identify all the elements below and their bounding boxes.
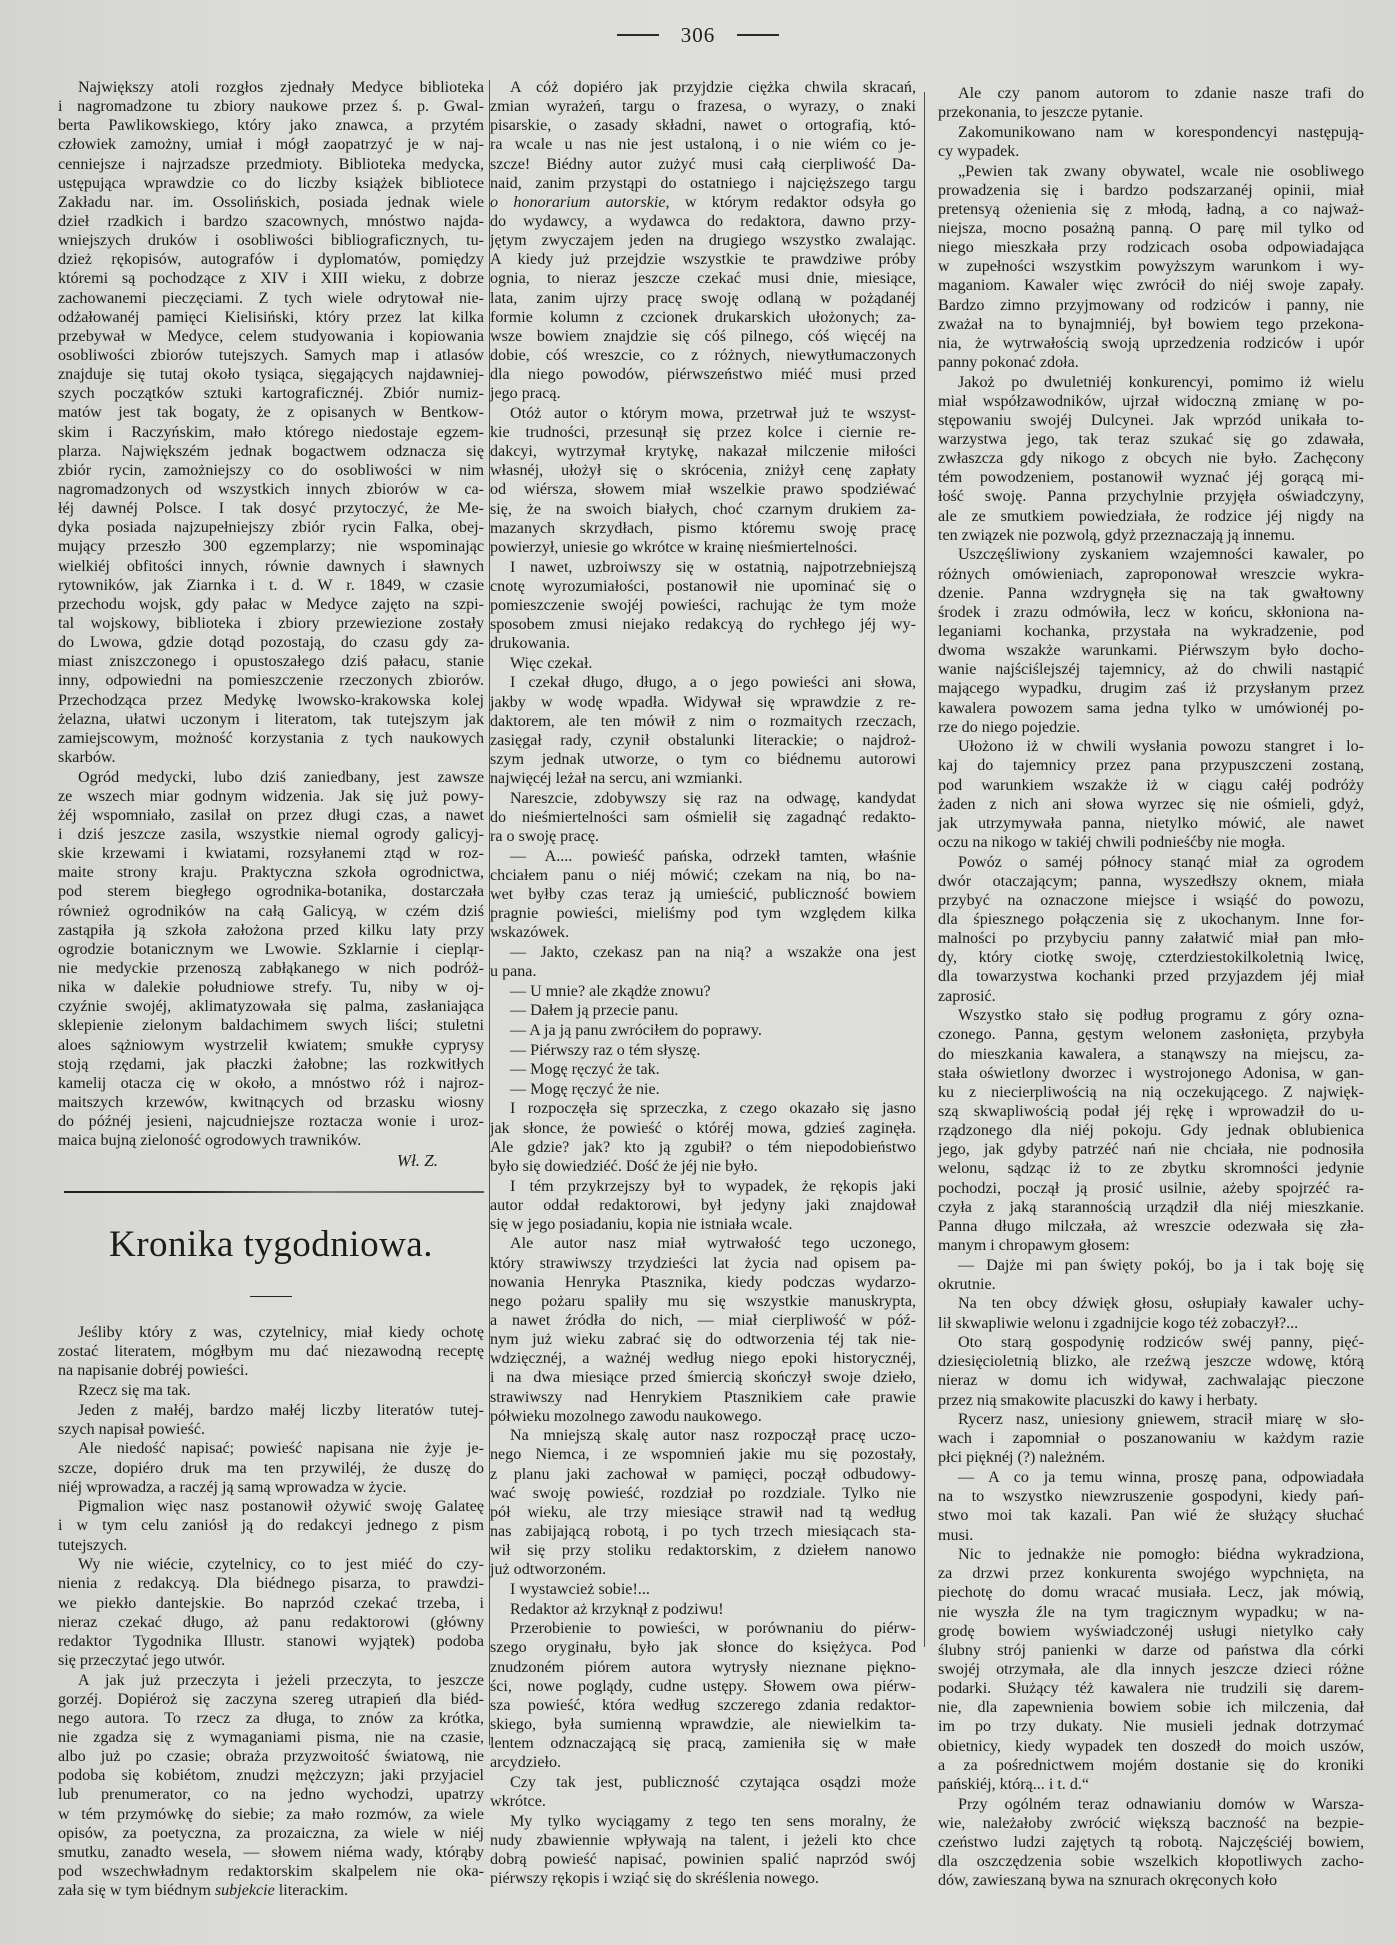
title-rule <box>250 1296 292 1298</box>
text-line: szych początków sztuki kartograficznéj. … <box>58 384 484 403</box>
text-line: zała się w tym biédnym subjekcie literac… <box>58 1881 484 1900</box>
text-line: ze wszech miar godnym widzenia. Jak się … <box>58 787 484 806</box>
text-line: swojéj otrzymała, ale dla innych jeszcze… <box>938 1660 1364 1679</box>
text-line: Powóz o saméj północy stanąć miał za ogr… <box>938 853 1364 872</box>
text-line: ale ze smutkiem powiedziała, że rodzice … <box>938 507 1364 526</box>
text-line: i w tym celu zaniósł ją do redakcyi jedn… <box>58 1516 484 1535</box>
text-line: miał współzawodników, ujrzał widoczną zm… <box>938 392 1364 411</box>
text-line: stoją rzędami, jak płaczki żałobne; las … <box>58 1055 484 1074</box>
text-line: odżałowanéj pamięci Kielisiński, który p… <box>58 308 484 327</box>
text-line: I wystawcież sobie!... <box>490 1580 916 1599</box>
text-line: czyła z jaką starannością urządził dla n… <box>938 1198 1364 1217</box>
text-line: I rozpoczęła się sprzeczka, z czego okaz… <box>490 1099 916 1118</box>
text-line: miast zniszczonego i opustoszałego dziś … <box>58 652 484 671</box>
text-line: i nagromadzone tu zbiory naukowe przez ś… <box>58 97 484 116</box>
header-rule-right <box>737 34 779 36</box>
text-line: Ale niedość napisać; powieść napisana ni… <box>58 1439 484 1458</box>
text-line: wet byłby czas teraz ją umieścić, public… <box>490 885 916 904</box>
text-line: stwo moi tak kazali. Pan wié że służący … <box>938 1506 1364 1525</box>
text-line: dzież rękopisów, autografów i dyplomatów… <box>58 250 484 269</box>
text-line: na to wszystko niewzruszenie gospodyni, … <box>938 1487 1364 1506</box>
text-line: formie kolumn z czcionek drukarskich uło… <box>490 308 916 327</box>
text-line: dakcyi, wytrzymał krytykę, nakazał milcz… <box>490 442 916 461</box>
text-line: — A ja ją panu zwróciłem do poprawy. <box>490 1021 916 1040</box>
text-line: wkrótce. <box>490 1792 916 1811</box>
text-line: nie medyckie przenoszą zabłąkanego w nic… <box>58 959 484 978</box>
text-line: Nareszcie, zdobywszy się raz na odwagę, … <box>490 789 916 808</box>
text-line: we piekło dantejskie. Bo naprzód czekać … <box>58 1594 484 1613</box>
paragraph: I nawet, uzbroiwszy się w ostatnią, najp… <box>490 558 916 654</box>
text-line: ra wcale u nas nie jest ustaloną, i o ni… <box>490 135 916 154</box>
text-line: kaj do tajemnicy przez pana przypuszczen… <box>938 756 1364 775</box>
text-line: I czekał długo, długo, a o jego powieści… <box>490 673 916 692</box>
text-line: nieraz czekać długo, aż panu redaktorowi… <box>58 1613 484 1632</box>
paragraph: Zakomunikowano nam w korespondencyi nast… <box>938 123 1364 161</box>
text-line: dobrą powieść napisać, powinien spalić n… <box>490 1850 916 1869</box>
text-line: Przy ogólném teraz odnawianiu domów w Wa… <box>938 1795 1364 1814</box>
text-line: opisów, za poetyczna, za prozaiczna, za … <box>58 1824 484 1843</box>
text-line: maica bujną zieloność ogrodowych trawnik… <box>58 1131 484 1150</box>
text-line: zmian wyrażeń, targu o frazesa, o wyrazy… <box>490 97 916 116</box>
text-line: dów, zawieszaną bywa na sznurach okręcon… <box>938 1871 1364 1890</box>
text-line: pomieszczenie swojéj powieści, rachując … <box>490 596 916 615</box>
text-line: jakby w wodę wpadła. Widywał się wprawdz… <box>490 693 916 712</box>
text-line: dwoma wszakże warunkami. Piérwszym było … <box>938 641 1364 660</box>
text-line: sposobem zmusi niejako redakcyą do rychł… <box>490 615 916 634</box>
text-line: im po trzy dukaty. Nie musieli jednak do… <box>938 1717 1364 1736</box>
paragraph: Ogród medycki, lubo dziś zaniedbany, jes… <box>58 768 484 1151</box>
paragraph: Ale niedość napisać; powieść napisana ni… <box>58 1439 484 1496</box>
text-line: drukowania. <box>490 634 916 653</box>
text-line: — Dałem ją przecie panu. <box>490 1001 916 1020</box>
text-line: od wiérsza, słowem miał wszelkie prawo s… <box>490 480 916 499</box>
text-line: dla niego powodów, piérwszeństwo miéć mu… <box>490 365 916 384</box>
text-line: Nic to jednakże nie pomogło: biédna wykr… <box>938 1545 1364 1564</box>
text-line: Otóż autor o którym mowa, przetrwał już … <box>490 404 916 423</box>
text-line: przekonania, to jeszcze pytanie. <box>938 103 1364 122</box>
text-line: nia, że wytrwałością swoją uprzedzenia r… <box>938 334 1364 353</box>
paragraph: I rozpoczęła się sprzeczka, z czego okaz… <box>490 1099 916 1176</box>
paragraph: Ale autor nasz miał wytrwałość tego uczo… <box>490 1234 916 1425</box>
text-line: któremi są pochodzące z XIV i XIII wieku… <box>58 269 484 288</box>
text-line: ślubny strój panienki w darze od państwa… <box>938 1641 1364 1660</box>
text-line: dzieł rzadkich i bardzo szacownych, mnós… <box>58 212 484 231</box>
text-line: człowiek zamożny, umiał i mógł zaopatrzy… <box>58 135 484 154</box>
text-line: się w jego posiadaniu, kopia nie istniał… <box>490 1215 916 1234</box>
text-line: My tylko wyciągamy z tego ten sens moral… <box>490 1812 916 1831</box>
text-line: pod warunkiem wszakże iż w ciągu całéj p… <box>938 776 1364 795</box>
text-line: albo już po czasie; obraża przyzwoitość … <box>58 1747 484 1766</box>
text-line: płci pięknéj (?) należném. <box>938 1448 1364 1467</box>
text-line: do wydawcy, a wydawca do redaktora, dawn… <box>490 212 916 231</box>
text-line: Przerobienie to powieści, w porównaniu d… <box>490 1619 916 1638</box>
text-line: Jakoż po dwuletniéj konkurencyi, pomimo … <box>938 373 1364 392</box>
text-line: Czy tak jest, publiczność czytająca osąd… <box>490 1773 916 1792</box>
text-line: arcydzieło. <box>490 1753 916 1772</box>
paragraph: Ułożono iż w chwili wysłania powozu stan… <box>938 737 1364 852</box>
paragraph: Powóz o saméj północy stanąć miał za ogr… <box>938 853 1364 1006</box>
text-line: nie wyszła źle na tym tragicznym wypadku… <box>938 1603 1364 1622</box>
text-line: nie, dla zapewnienia bowiem sobie ich mi… <box>938 1698 1364 1717</box>
text-line: pod sterem biegłego ogrodnika-botanika, … <box>58 882 484 901</box>
text-line: ku z niecierpliwością na nią oczekująceg… <box>938 1083 1364 1102</box>
text-line: dyka posiada najzupełniejszy zbiór rycin… <box>58 518 484 537</box>
text-line: niejsza, mocno posażną panną. O parę mil… <box>938 219 1364 238</box>
text-line: cy wypadek. <box>938 142 1364 161</box>
text-line: szych napisał powieść. <box>58 1420 484 1439</box>
text-line: welonu, sądząc iż to ze zbytku skromnośc… <box>938 1159 1364 1178</box>
text-line: tutejszych. <box>58 1536 484 1555</box>
text-line: oczu na nikogo w takiéj chwili podnieśćb… <box>938 833 1364 852</box>
text-line: I tém przykrzejszy był to wypadek, że rę… <box>490 1177 916 1196</box>
text-line: a za pośrednictwem mojém dostanie się do… <box>938 1756 1364 1775</box>
text-line: do Lwowa, gdzie dotąd pozostają, do czas… <box>58 633 484 652</box>
text-line: dzenie. Panna wzdrygnęła się na tak gwał… <box>938 584 1364 603</box>
text-line: Jeśliby który z was, czytelnicy, miał ki… <box>58 1323 484 1342</box>
text-line: ognia, to nieraz jeszcze czekać musi dni… <box>490 269 916 288</box>
text-line: stała oświetlony dworzec i wystrojonego … <box>938 1064 1364 1083</box>
text-line: A kiedy już przejdzie wszystkie te prawd… <box>490 250 916 269</box>
text-line: dy, który ciotkę swoję, czterdziestokilk… <box>938 948 1364 967</box>
text-line: mazanych skrzydłach, pismo któremu swoję… <box>490 519 916 538</box>
text-line: dla oszczędzenia sobie wszelkich kłopotl… <box>938 1852 1364 1871</box>
text-line: — Mogę ręczyć że nie. <box>490 1080 916 1099</box>
text-line: zachowanemi pieczęciami. Z tych wiele od… <box>58 289 484 308</box>
text-line: maitszych krzewów, kwitnących od brzasku… <box>58 1093 484 1112</box>
paragraph: Oto starą gospodynię rodziców swéj panny… <box>938 1333 1364 1410</box>
text-line: wach i zapomniał o poszanowaniu w każdym… <box>938 1429 1364 1448</box>
text-line: pisarskie, o zasady składni, nawet o ort… <box>490 116 916 135</box>
text-line: nego autora. To rzecz za długa, to znów … <box>58 1709 484 1728</box>
paragraph: Rzecz się ma tak. <box>58 1381 484 1400</box>
text-line: — Mogę ręczyć że tak. <box>490 1060 916 1079</box>
text-line: stępowaniu swojéj Dulcynei. Jak wprzód u… <box>938 411 1364 430</box>
text-line: wać swoję powieść, rozdział po rozdziale… <box>490 1484 916 1503</box>
italic-phrase: subjekcie <box>215 1882 275 1899</box>
text-line: tal wojskowy, biblioteka i zbiory przewi… <box>58 614 484 633</box>
text-line: tém powodzeniem, postanowił wyznać jéj g… <box>938 468 1364 487</box>
text-line: Ogród medycki, lubo dziś zaniedbany, jes… <box>58 768 484 787</box>
text-line: zaprosić. <box>938 987 1364 1006</box>
text-line: z planu jaki zachował w pamięci, począł … <box>490 1465 916 1484</box>
paragraph: I wystawcież sobie!... <box>490 1580 916 1599</box>
text-line: skiego, była sumienną wprawdzie, ale nie… <box>490 1715 916 1734</box>
text-line: podarki. Służący téż kawalera nie trudzi… <box>938 1679 1364 1698</box>
text-line: ści, nowe poglądy, cudne ustępy. Słowem … <box>490 1677 916 1696</box>
text-line: łéj dawnéj Polsce. I tak dosyć przytoczy… <box>58 499 484 518</box>
text-line: ten związek nie pozwolą, gdyż przeznacza… <box>938 526 1364 545</box>
text-line: ra o swoję pracę. <box>490 827 916 846</box>
header-rule-left <box>617 34 659 36</box>
text-line: również ogrodników na całą Galicyą, w cz… <box>58 902 484 921</box>
paragraph: Nareszcie, zdobywszy się raz na odwagę, … <box>490 789 916 846</box>
paragraph: Rycerz nasz, uniesiony gniewem, stracił … <box>938 1410 1364 1467</box>
text-line: I nawet, uzbroiwszy się w ostatnią, najp… <box>490 558 916 577</box>
text-line: rządzonego dla niéj pokoju. Gdy jednak o… <box>938 1121 1364 1140</box>
text-line: Ale gdzie? jak? kto ją zgubił? o tém nie… <box>490 1138 916 1157</box>
text-line: nowania Henryka Ptasznika, kiedy podczas… <box>490 1273 916 1292</box>
section-divider <box>64 1191 484 1193</box>
text-line: do nieśmiertelności sam ośmielił się zag… <box>490 808 916 827</box>
text-line: a nawet źródła do nich, — miał cierpliwo… <box>490 1311 916 1330</box>
text-line: nas zabijającą robotą, i po tych trzech … <box>490 1522 916 1541</box>
text-line: berta Pawlikowskiego, który jako znawca,… <box>58 116 484 135</box>
text-line: nego Niemca, i ze wspomnień jakie mu się… <box>490 1445 916 1464</box>
text-line: lił skwapliwie welonu i zgadnijcie kogo … <box>938 1314 1364 1333</box>
paragraph: Więc czekał. <box>490 654 916 673</box>
text-line: skim i Raczyńskim, mało którego niedosta… <box>58 423 484 442</box>
text-line: Więc czekał. <box>490 654 916 673</box>
text-line: Ale czy panom autorom to zdanie nasze tr… <box>938 84 1364 103</box>
text-line: niego mieszkała przy rodzicach osoba odp… <box>938 238 1364 257</box>
text-line: prowadzenia się i bardzo podszarzanéj op… <box>938 181 1364 200</box>
paragraph: Wszystko stało się podług programu z gór… <box>938 1006 1364 1255</box>
text-line: panny pokonać zdoła. <box>938 353 1364 372</box>
text-line: zbiór rycin, zamożniejszy co do osobliwo… <box>58 461 484 480</box>
text-line: cnotę wyrozumiałości, postanowił nie upo… <box>490 577 916 596</box>
text-line: leganiami kochanka, przystała na wykradz… <box>938 622 1364 641</box>
text-line: sklepienie zielonym baldachimem swych li… <box>58 1016 484 1035</box>
text-line: łość swoję. Panna przychylnie przyjęła o… <box>938 487 1364 506</box>
paragraph: Uszczęśliwiony zyskaniem wzajemności kaw… <box>938 545 1364 736</box>
text-line: Największy atoli rozgłos zjednały Medyce… <box>58 78 484 97</box>
column-2: A cóż dopiéro jak przyjdzie ciężka chwil… <box>490 78 916 1889</box>
text-line: przechodu wojsk, gdy pałac w Medyce zaję… <box>58 595 484 614</box>
text-line: podoba się kobiétom, znudzi mężczyzn; ja… <box>58 1766 484 1785</box>
text-line: smutku, zanadto wesela, — słowem niéma w… <box>58 1843 484 1862</box>
text-line: kamelij otacza cię w około, a mnóstwo ró… <box>58 1074 484 1093</box>
text-line: wskazówek. <box>490 923 916 942</box>
column-divider-2 <box>924 92 925 1647</box>
text-line: daktorem, ale ten mówił z nim o rozmaity… <box>490 712 916 731</box>
paragraph: Przerobienie to powieści, w porównaniu d… <box>490 1619 916 1772</box>
paragraph: „Pewien tak zwany obywatel, wcale nie os… <box>938 162 1364 373</box>
paragraph: Wy nie wiécie, czytelnicy, co to jest mi… <box>58 1555 484 1670</box>
text-line: jego, jak gdyby patrzéć nań nie chciała,… <box>938 1140 1364 1159</box>
text-line: nika w dalekie południowe strefy. Tu, ni… <box>58 978 484 997</box>
paragraph: — A.... powieść pańska, odrzekł tamten, … <box>490 847 916 943</box>
text-line: dziesięcioletnią blizko, ale rzeźwą jesz… <box>938 1352 1364 1371</box>
text-line: Rzecz się ma tak. <box>58 1381 484 1400</box>
text-line: Uszczęśliwiony zyskaniem wzajemności kaw… <box>938 545 1364 564</box>
text-line: przez nią smakowite placuszki do kawy i … <box>938 1391 1364 1410</box>
paragraph: Otóż autor o którym mowa, przetrwał już … <box>490 404 916 557</box>
text-line: czeństwo ludzi zajętych tą robotą. Najcz… <box>938 1833 1364 1852</box>
text-line: pod wszechwładnym redaktorskim skalpelem… <box>58 1862 484 1881</box>
column-1: Największy atoli rozgłos zjednały Medyce… <box>58 78 484 1901</box>
text-line: — Piérwszy raz o tém słyszę. <box>490 1041 916 1060</box>
text-line: w tém przymówkę do siebie; za mało rozmó… <box>58 1805 484 1824</box>
text-line: musi. <box>938 1526 1364 1545</box>
text-line: sza powieść, która według szczerego zdan… <box>490 1696 916 1715</box>
author-signature: Wł. Z. <box>58 1151 484 1170</box>
text-line: znajduje się tutaj około tysiąca, sięgaj… <box>58 365 484 384</box>
text-line: nego pożaru spaliły mu się wszystkie man… <box>490 1292 916 1311</box>
text-line: pragnie powieści, mieliśmy pod tym wzglę… <box>490 904 916 923</box>
paragraph: — Mogę ręczyć że nie. <box>490 1080 916 1099</box>
text-line: rze do niego pojedzie. <box>938 718 1364 737</box>
text-line: przebywał w Medyce, celem studyowania i … <box>58 327 484 346</box>
text-line: szcze, dopiéro druk ma ten przywiléj, że… <box>58 1459 484 1478</box>
text-line: Pigmalion więc nasz postanowił ożywić sw… <box>58 1497 484 1516</box>
text-line: — A co ja temu winna, proszę pana, odpow… <box>938 1468 1364 1487</box>
text-line: do późnéj jesieni, najcudniejsze roztacz… <box>58 1112 484 1131</box>
text-line: Wy nie wiécie, czytelnicy, co to jest mi… <box>58 1555 484 1574</box>
text-line: obietnicy, kiedy wypadek ten doszedł do … <box>938 1737 1364 1756</box>
paragraph: Jeden z małéj, bardzo małéj liczby liter… <box>58 1401 484 1439</box>
text-line: powierzył, uniesie go wkrótce w krainę n… <box>490 538 916 557</box>
text-line: maite strony kraju. Praktyczna szkoła og… <box>58 863 484 882</box>
text-line: — U mnie? ale zkądże znowu? <box>490 982 916 1001</box>
text-line: już odtworzoném. <box>490 1560 916 1579</box>
text-line: Redaktor aż krzyknął z podziwu! <box>490 1600 916 1619</box>
text-line: Jeden z małéj, bardzo małéj liczby liter… <box>58 1401 484 1420</box>
text-line: najwięcéj leżał na sercu, ani wzmianki. <box>490 769 916 788</box>
text-line: się przeczytać jego utwór. <box>58 1651 484 1670</box>
italic-phrase: o honorarium autorskie <box>490 194 666 211</box>
text-line: lata, zanim ujrzy pracę swoję odlaną w p… <box>490 289 916 308</box>
paragraph: Jakoż po dwuletniéj konkurencyi, pomimo … <box>938 373 1364 545</box>
text-line: redaktor Tygodnika Illustr. stanowi wyją… <box>58 1632 484 1651</box>
text-line: na napisanie dobréj powieści. <box>58 1361 484 1380</box>
text-line: w zupełności wszystkim powyższym warunko… <box>938 257 1364 276</box>
text-line: nudy zbawiennie wpływają na talent, i je… <box>490 1831 916 1850</box>
text-line: jak słonce, że powieść o któréj mowa, gd… <box>490 1119 916 1138</box>
text-line: pretensyą ożenienia się z młodą, ładną, … <box>938 200 1364 219</box>
text-line: Zakomunikowano nam w korespondencyi nast… <box>938 123 1364 142</box>
text-line: pół wieku, ale trzy miesiące strawił nad… <box>490 1503 916 1522</box>
text-line: wanie najściślejszéj tajemnicy, aż do ch… <box>938 660 1364 679</box>
text-line: warzystwa jego, tak teraz szukać się go … <box>938 430 1364 449</box>
text-line: nienia z redakcyą. Dla biédnego pisarza,… <box>58 1574 484 1593</box>
text-line: Na ten obcy dźwięk głosu, osłupiały kawa… <box>938 1294 1364 1313</box>
text-line: jego pracą. <box>490 384 916 403</box>
paragraph: Ale czy panom autorom to zdanie nasze tr… <box>938 84 1364 122</box>
text-line: chciałem panu o niéj mówić; czekam na ni… <box>490 866 916 885</box>
text-line: rytowników, jak Ziarnka i t. d. W r. 184… <box>58 576 484 595</box>
text-line: żelazna, ułatwi uczonym i literatom, tak… <box>58 710 484 729</box>
text-line: dla towarzystwa kochanki przed przyjazde… <box>938 967 1364 986</box>
text-line: Panna długo milczała, aż wreszcie odezwa… <box>938 1217 1364 1236</box>
text-line: nie zgadza się z wymaganiami pisma, nie … <box>58 1728 484 1747</box>
text-line: zważał na to bynajmniéj, był bowiem tego… <box>938 315 1364 334</box>
text-line: się, że na swoich białych, choć czarnym … <box>490 500 916 519</box>
text-line: A cóż dopiéro jak przyjdzie ciężka chwil… <box>490 78 916 97</box>
text-line: zasięgał rady, czynił obstalunki literac… <box>490 731 916 750</box>
paragraph: Redaktor aż krzyknął z podziwu! <box>490 1600 916 1619</box>
text-line: dla śpiesznego połączenia się z ukochany… <box>938 910 1364 929</box>
paragraph: My tylko wyciągamy z tego ten sens moral… <box>490 1812 916 1889</box>
paragraph: I tém przykrzejszy był to wypadek, że rę… <box>490 1177 916 1234</box>
text-line: o honorarium autorskie, w którym redakto… <box>490 193 916 212</box>
paragraph: Na mniejszą skalę autor nasz rozpoczął p… <box>490 1426 916 1579</box>
text-line: Rycerz nasz, uniesiony gniewem, stracił … <box>938 1410 1364 1429</box>
paragraph: — A ja ją panu zwróciłem do poprawy. <box>490 1021 916 1040</box>
paragraph: — Mogę ręczyć że tak. <box>490 1060 916 1079</box>
text-line: pochodzi, począł ją prosić usilnie, ażeb… <box>938 1179 1364 1198</box>
newspaper-page: 306 Największy atoli rozgłos zjednały Me… <box>0 0 1396 1945</box>
paragraph: — U mnie? ale zkądże znowu? <box>490 982 916 1001</box>
text-line: różnych omówieniach, zaproponował wreszc… <box>938 565 1364 584</box>
text-line: malności po przybyciu panny załatwić mia… <box>938 929 1364 948</box>
paragraph: Nic to jednakże nie pomogło: biédna wykr… <box>938 1545 1364 1794</box>
text-line: mujący przeszło 300 egzemplarzy; nie wsp… <box>58 537 484 556</box>
text-line: środek i zrazu odmówiła, lecz w końcu, s… <box>938 603 1364 622</box>
text-line: lub prenumerator, co na jedno wychodzi, … <box>58 1785 484 1804</box>
text-line: przybyć na oznaczone miejsce i wsiąść do… <box>938 891 1364 910</box>
text-line: ogrodzie botanicznym we Lwowie. Szklarni… <box>58 940 484 959</box>
text-line: wniejszych druków i osobliwości bibliogr… <box>58 231 484 250</box>
text-line: do mieszkania kawalera, a stanąwszy na m… <box>938 1045 1364 1064</box>
text-line: który strawiwszy trzydzieści lat życia n… <box>490 1254 916 1273</box>
text-line: dwór otaczającym; panna, wyszedłszy okne… <box>938 872 1364 891</box>
paragraph: — Dajże mi pan święty pokój, bo ja i tak… <box>938 1256 1364 1294</box>
text-line: — Jakto, czekasz pan na nią? a wszakże o… <box>490 943 916 962</box>
text-line: lentem odznaczającą się pracą, zamieniła… <box>490 1734 916 1753</box>
text-line: szego oryginału, było jak słonce do księ… <box>490 1638 916 1657</box>
paragraph: — Dałem ją przecie panu. <box>490 1001 916 1020</box>
text-line: Przechodząca przez Medykę lwowsko-krakow… <box>58 691 484 710</box>
text-line: cenniejsze i najrzadsze przedmioty. Bibl… <box>58 155 484 174</box>
text-line: skarbów. <box>58 748 484 767</box>
text-line: inny, odpowiedni na pomieszczenie rzeczo… <box>58 671 484 690</box>
text-line: A jak już przeczyta i jeżeli przeczyta, … <box>58 1671 484 1690</box>
text-line: aloes sążniowym wystrzelił kwiatem; smuk… <box>58 1036 484 1055</box>
text-line: zostać literatem, mógłbym mu dać niezawo… <box>58 1342 484 1361</box>
text-line: własnéj, ułożył się o skrócenia, zniżył … <box>490 461 916 480</box>
paragraph: A cóż dopiéro jak przyjdzie ciężka chwil… <box>490 78 916 403</box>
text-line: zastąpiła ją szkoła założona przed kilku… <box>58 921 484 940</box>
text-line: matów jest tak bogaty, że z opisanych w … <box>58 403 484 422</box>
text-line: nagromadzonych od wszystkich innych zbio… <box>58 480 484 499</box>
text-line: jętym zwyczajem jeden na drugiego wszyst… <box>490 231 916 250</box>
text-line: skie krzewami i kwiatami, rozsyłanemi zt… <box>58 844 484 863</box>
paragraph: — Jakto, czekasz pan na nią? a wszakże o… <box>490 943 916 981</box>
paragraph: Jeśliby który z was, czytelnicy, miał ki… <box>58 1323 484 1380</box>
text-line: piechotę do domu wracać musiała. Lecz, j… <box>938 1583 1364 1602</box>
text-line: Na mniejszą skalę autor nasz rozpoczął p… <box>490 1426 916 1445</box>
text-line: kawalera powozem sama jedna tylko w umów… <box>938 699 1364 718</box>
text-line: znudzoném piórem autora wytrysły nieznan… <box>490 1658 916 1677</box>
text-line: kie trudności, przesunął się przez kolce… <box>490 423 916 442</box>
text-line: manym i chropawym głosem: <box>938 1236 1364 1255</box>
article-medyka: Największy atoli rozgłos zjednały Medyce… <box>58 78 484 1150</box>
text-line: i na dwa miesiące przed śmiercią skończy… <box>490 1368 916 1387</box>
text-line: żéj wspomniało, zasilał on przez długi c… <box>58 806 484 825</box>
paragraph: Na ten obcy dźwięk głosu, osłupiały kawa… <box>938 1294 1364 1332</box>
text-line: szcze! Biédny autor zużyć musi całą cier… <box>490 155 916 174</box>
text-line: Wszystko stało się podług programu z gór… <box>938 1006 1364 1025</box>
page-header: 306 <box>0 20 1396 50</box>
text-line: okrutnie. <box>938 1275 1364 1294</box>
text-line: naid, zanim przystąpi do ostatniego i na… <box>490 174 916 193</box>
text-line: wił się przy stoliku redaktorskim, z dzi… <box>490 1541 916 1560</box>
text-line: półwieku mozolnego zawodu naukowego. <box>490 1407 916 1426</box>
text-line: piérwszy rękopis i wziąć się do skréślen… <box>490 1869 916 1888</box>
text-line: dobie, cóś wreszcie, co z różnych, niewy… <box>490 346 916 365</box>
text-line: „Pewien tak zwany obywatel, wcale nie os… <box>938 162 1364 181</box>
paragraph: — Piérwszy raz o tém słyszę. <box>490 1041 916 1060</box>
text-line: szą skwapliwością podał jéj rękę i wprow… <box>938 1102 1364 1121</box>
text-line: ustępująca wprawdzie co do liczby książe… <box>58 174 484 193</box>
text-line: maganiom. Kawaler więc zwrócił do niéj s… <box>938 276 1364 295</box>
text-line: Zakładu nar. im. Ossolińskich, posiada j… <box>58 193 484 212</box>
text-line: czyźnie swojéj, aklimatyzowała się palma… <box>58 997 484 1016</box>
text-line: i dziś jeszcze zasila, wszystkie niemal … <box>58 825 484 844</box>
signature-block: Wł. Z. <box>58 1151 484 1185</box>
text-line: Bardzo zimno przyjmowany od rodziców i p… <box>938 296 1364 315</box>
text-line: żaden z nich ani słowa wyrzec się nie oś… <box>938 795 1364 814</box>
